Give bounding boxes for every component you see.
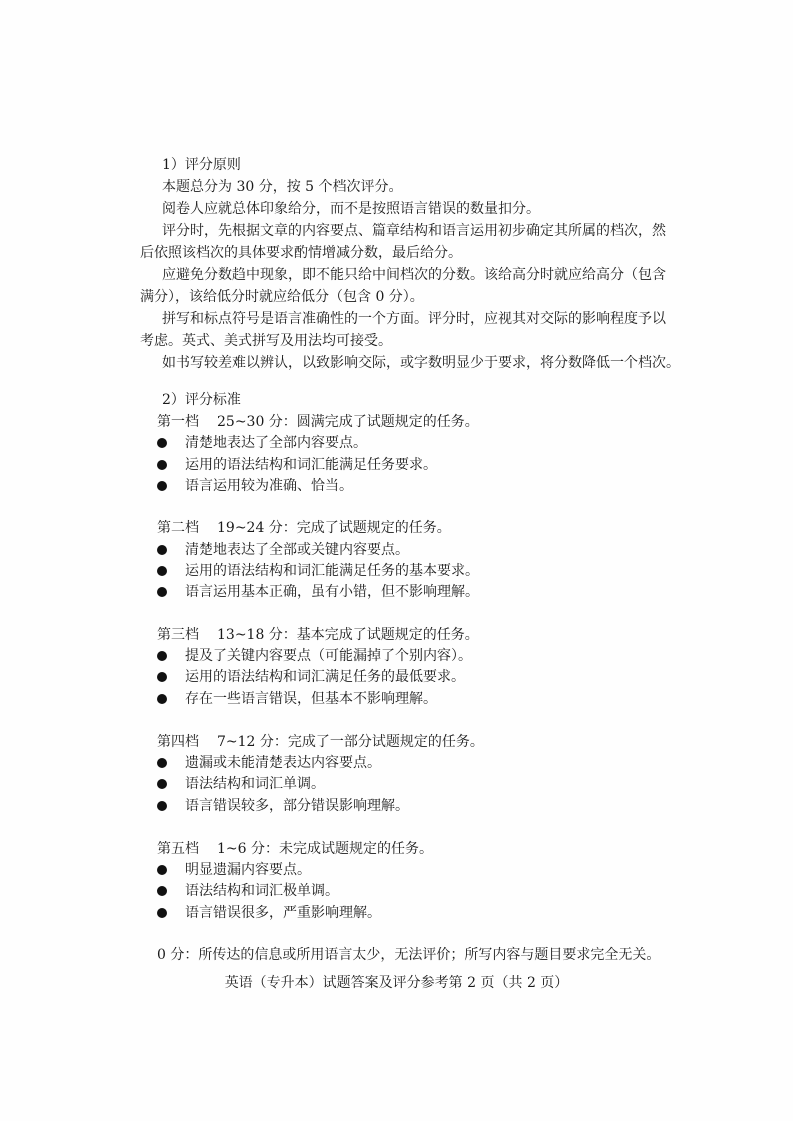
bullet-text: 清楚地表达了全部或关键内容要点。 bbox=[185, 540, 409, 560]
bullet-text: 语言错误很多，严重影响理解。 bbox=[185, 903, 381, 923]
bullet-icon bbox=[157, 587, 167, 597]
bullet-icon bbox=[157, 779, 167, 789]
principle-paragraph-5-line-2: 考虑。英式、美式拼写及用法均可接受。 bbox=[140, 331, 392, 351]
principle-paragraph-4-line-2: 满分），该给低分时就应给低分（包含 0 分）。 bbox=[140, 287, 424, 307]
bullet-text: 语言运用较为准确、恰当。 bbox=[185, 476, 353, 496]
bullet-icon bbox=[157, 672, 167, 682]
bullet-icon bbox=[157, 886, 167, 896]
principle-paragraph-4-line-1: 应避免分数趋中现象，即不能只给中间档次的分数。该给高分时就应给高分（包含 bbox=[162, 265, 666, 285]
tier-5-title: 第五档1~6 分：未完成试题规定的任务。 bbox=[157, 839, 433, 859]
zero-score-description: 0 分：所传达的信息或所用语言太少，无法评价；所写内容与题目要求完全无关。 bbox=[157, 945, 660, 965]
tier-1-title: 第一档25~30 分：圆满完成了试题规定的任务。 bbox=[157, 412, 479, 432]
page-footer: 英语（专升本）试题答案及评分参考第 2 页（共 2 页） bbox=[0, 973, 793, 993]
principles-heading: 1）评分原则 bbox=[162, 155, 241, 175]
bullet-icon bbox=[157, 545, 167, 555]
bullet-text: 明显遗漏内容要点。 bbox=[185, 860, 311, 880]
bullet-text: 语言错误较多，部分错误影响理解。 bbox=[185, 796, 409, 816]
bullet-icon bbox=[157, 908, 167, 918]
tier-2-name: 第二档 bbox=[157, 520, 199, 536]
bullet-icon bbox=[157, 758, 167, 768]
tier-5-range: 1~6 分：未完成试题规定的任务。 bbox=[217, 841, 433, 857]
tier-1-range: 25~30 分：圆满完成了试题规定的任务。 bbox=[217, 414, 479, 430]
bullet-icon bbox=[157, 694, 167, 704]
principle-paragraph-3-line-2: 后依照该档次的具体要求酌情增减分数，最后给分。 bbox=[140, 243, 462, 263]
tier-2-title: 第二档19~24 分：完成了试题规定的任务。 bbox=[157, 518, 451, 538]
bullet-text: 遗漏或未能清楚表达内容要点。 bbox=[185, 753, 381, 773]
bullet-text: 语法结构和词汇单调。 bbox=[185, 774, 325, 794]
bullet-text: 提及了关键内容要点（可能漏掉了个别内容）。 bbox=[185, 646, 472, 666]
bullet-text: 语法结构和词汇极单调。 bbox=[185, 881, 339, 901]
principle-paragraph-3-line-1: 评分时，先根据文章的内容要点、篇章结构和语言运用初步确定其所属的档次，然 bbox=[162, 221, 666, 241]
tier-2-range: 19~24 分：完成了试题规定的任务。 bbox=[217, 520, 451, 536]
tier-5-name: 第五档 bbox=[157, 841, 199, 857]
tier-1-name: 第一档 bbox=[157, 414, 199, 430]
bullet-text: 运用的语法结构和词汇能满足任务要求。 bbox=[185, 455, 437, 475]
bullet-icon bbox=[157, 481, 167, 491]
tier-3-name: 第三档 bbox=[157, 627, 199, 643]
principle-paragraph-6: 如书写较差难以辨认，以致影响交际，或字数明显少于要求，将分数降低一个档次。 bbox=[162, 353, 680, 373]
tier-4-range: 7~12 分：完成了一部分试题规定的任务。 bbox=[217, 734, 484, 750]
bullet-icon bbox=[157, 460, 167, 470]
bullet-text: 清楚地表达了全部内容要点。 bbox=[185, 433, 367, 453]
bullet-text: 存在一些语言错误，但基本不影响理解。 bbox=[185, 689, 437, 709]
bullet-icon bbox=[157, 801, 167, 811]
tier-3-title: 第三档13~18 分：基本完成了试题规定的任务。 bbox=[157, 625, 479, 645]
principle-paragraph-2: 阅卷人应就总体印象给分，而不是按照语言错误的数量扣分。 bbox=[162, 199, 540, 219]
bullet-icon bbox=[157, 651, 167, 661]
bullet-icon bbox=[157, 865, 167, 875]
bullet-text: 语言运用基本正确，虽有小错，但不影响理解。 bbox=[185, 582, 479, 602]
principle-paragraph-1: 本题总分为 30 分，按 5 个档次评分。 bbox=[162, 177, 403, 197]
bullet-text: 运用的语法结构和词汇满足任务的最低要求。 bbox=[185, 667, 465, 687]
bullet-icon bbox=[157, 438, 167, 448]
standards-heading: 2）评分标准 bbox=[162, 390, 241, 410]
tier-3-range: 13~18 分：基本完成了试题规定的任务。 bbox=[217, 627, 479, 643]
tier-4-name: 第四档 bbox=[157, 734, 199, 750]
bullet-icon bbox=[157, 566, 167, 576]
principle-paragraph-5-line-1: 拼写和标点符号是语言准确性的一个方面。评分时，应视其对交际的影响程度予以 bbox=[162, 309, 666, 329]
bullet-text: 运用的语法结构和词汇能满足任务的基本要求。 bbox=[185, 561, 479, 581]
document-page: 1）评分原则 本题总分为 30 分，按 5 个档次评分。 阅卷人应就总体印象给分… bbox=[0, 0, 793, 1121]
tier-4-title: 第四档7~12 分：完成了一部分试题规定的任务。 bbox=[157, 732, 484, 752]
